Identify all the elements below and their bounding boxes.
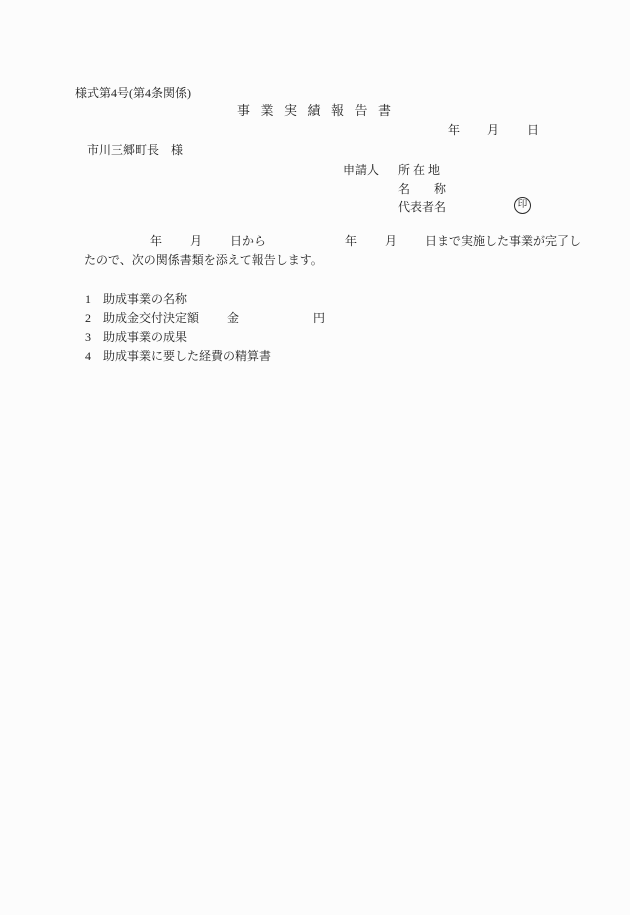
item-label: 助成事業の成果	[103, 330, 187, 344]
report-form-page: 様式第4号(第4条関係) 事業実績報告書 年 月 日 市川三郷町長 様 申請人 …	[0, 0, 630, 915]
from-month-label: 月	[190, 234, 202, 248]
representative-label: 代表者名	[398, 200, 446, 214]
item-number: 1	[85, 292, 103, 306]
body-paragraph-line2: たので、次の関係書類を添えて報告します。	[84, 253, 323, 267]
item-label: 助成事業の名称	[103, 292, 187, 306]
year-label: 年	[448, 123, 460, 137]
to-month-label: 月	[385, 234, 397, 248]
list-item-4: 4助成事業に要した経費の精算書	[85, 349, 271, 363]
amount-unit: 円	[313, 311, 325, 325]
date-line: 年 月 日	[0, 123, 630, 138]
amount-prefix: 金	[227, 311, 239, 325]
item-number: 3	[85, 330, 103, 344]
item-label: 助成金交付決定額	[103, 311, 199, 325]
list-item-2: 2助成金交付決定額金円	[85, 311, 325, 325]
applicant-row-representative: 代表者名 印	[0, 200, 630, 218]
name-label: 名 称	[398, 182, 446, 196]
from-day-label: 日から	[230, 234, 266, 248]
addressee: 市川三郷町長 様	[87, 143, 183, 157]
item-number: 4	[85, 349, 103, 363]
body-paragraph-line1: 年 月 日から 年 月 日まで実施した事業が完了し	[0, 234, 630, 249]
to-day-text: 日まで実施した事業が完了し	[425, 234, 581, 248]
applicant-prefix: 申請人	[343, 163, 379, 177]
form-number: 様式第4号(第4条関係)	[75, 86, 191, 100]
day-label: 日	[527, 123, 539, 137]
to-year-label: 年	[345, 234, 357, 248]
from-year-label: 年	[150, 234, 162, 248]
list-item-1: 1助成事業の名称	[85, 292, 187, 306]
page-title: 事業実績報告書	[237, 103, 402, 119]
month-label: 月	[487, 123, 499, 137]
applicant-row-address: 申請人 所 在 地	[0, 163, 630, 178]
seal-icon: 印	[514, 197, 531, 214]
item-label: 助成事業に要した経費の精算書	[103, 349, 271, 363]
item-number: 2	[85, 311, 103, 325]
list-item-3: 3助成事業の成果	[85, 330, 187, 344]
address-label: 所 在 地	[398, 163, 440, 177]
